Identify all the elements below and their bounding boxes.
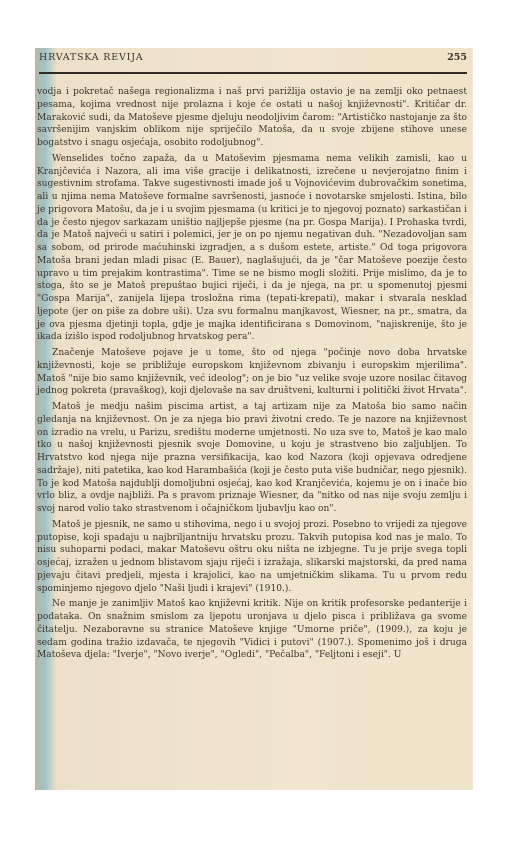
paragraph-2: Wenselides točno zapaža, da u Matoševim …: [37, 153, 467, 344]
paragraph-1: vodja i pokretač našega regionalizma i n…: [37, 86, 467, 150]
running-header: HRVATSKA REVIJA 255: [39, 52, 467, 68]
scanned-page: HRVATSKA REVIJA 255 vodja i pokretač naš…: [35, 48, 473, 790]
paragraph-5: Matoš je pjesnik, ne samo u stihovima, n…: [37, 519, 467, 596]
article-body: vodja i pokretač našega regionalizma i n…: [37, 86, 467, 665]
journal-title: HRVATSKA REVIJA: [39, 52, 143, 63]
page-number: 255: [447, 52, 467, 63]
paragraph-4: Matoš je medju našim piscima artist, a t…: [37, 401, 467, 516]
paragraph-6: Ne manje je zanimljiv Matoš kao književn…: [37, 598, 467, 662]
paragraph-3: Značenje Matoševe pojave je u tome, što …: [37, 347, 467, 398]
header-rule: [39, 72, 467, 74]
